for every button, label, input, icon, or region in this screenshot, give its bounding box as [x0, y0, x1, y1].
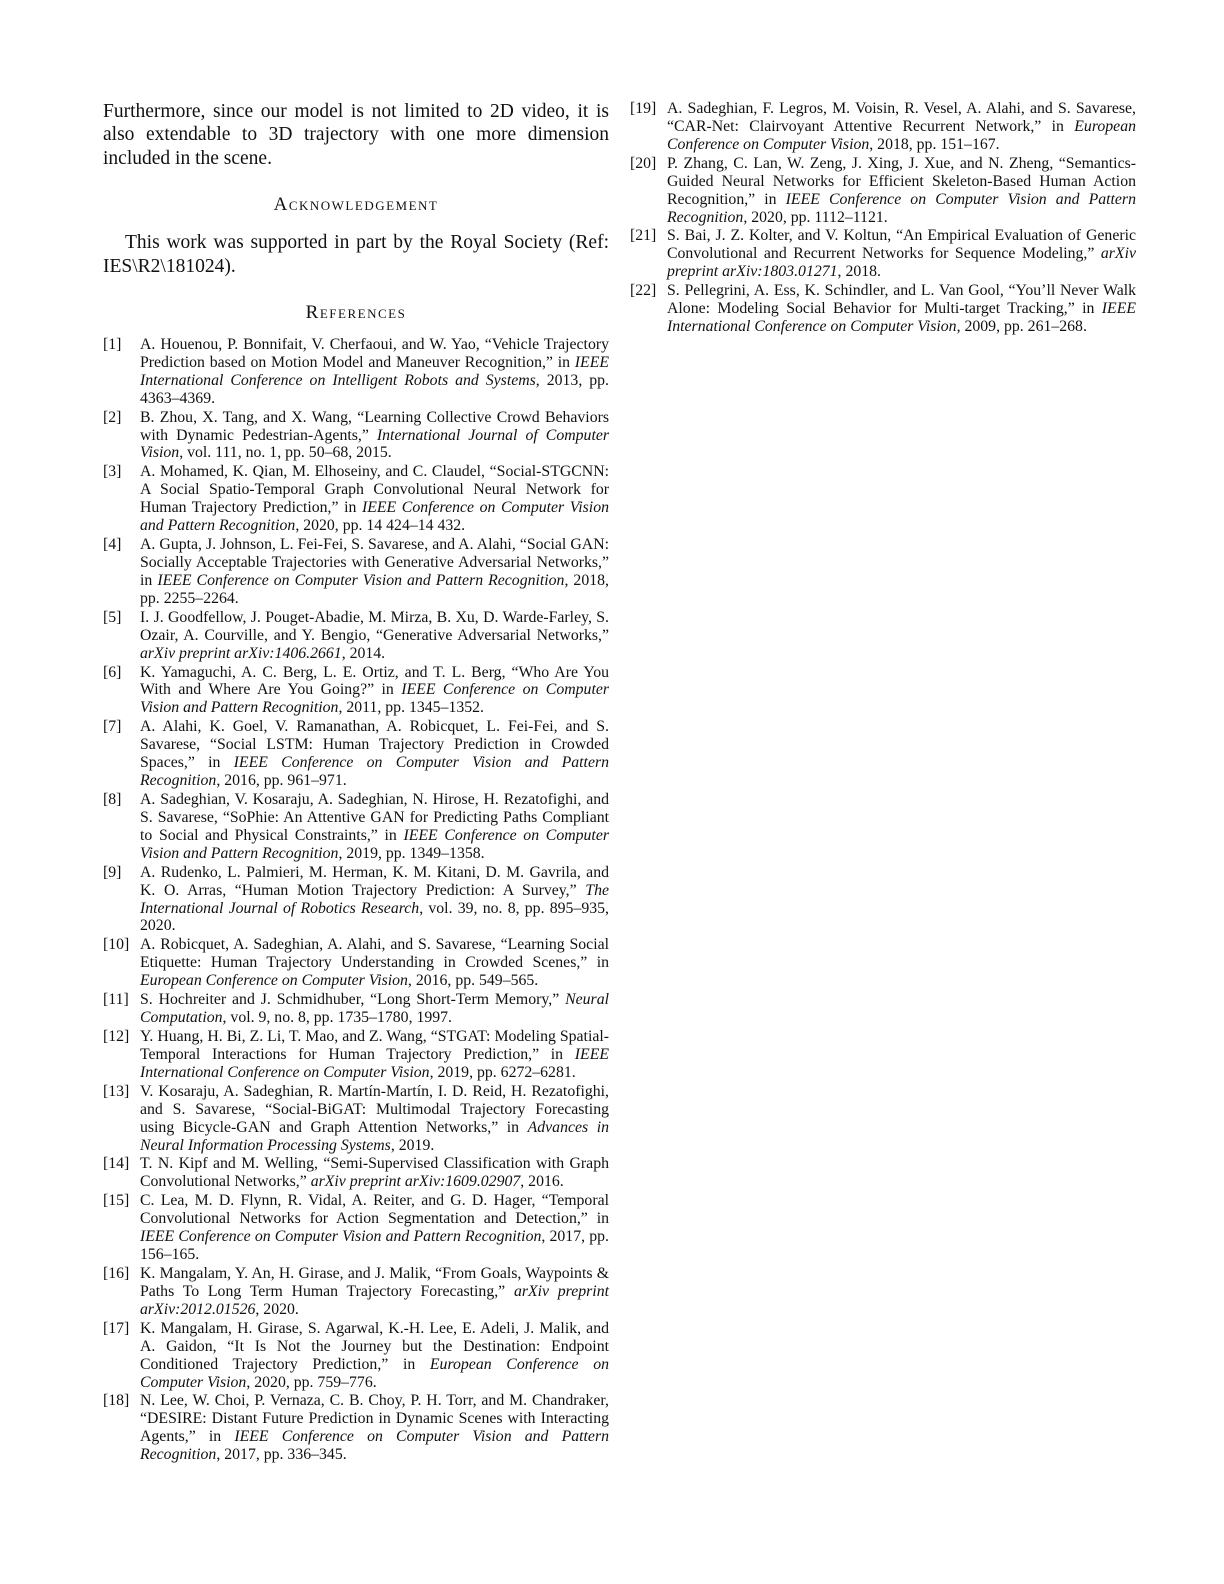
reference-item: [8]A. Sadeghian, V. Kosaraju, A. Sadeghi… — [103, 791, 609, 863]
left-column: Furthermore, since our model is not limi… — [103, 100, 609, 1465]
reference-text: A. Robicquet, A. Sadeghian, A. Alahi, an… — [140, 936, 609, 989]
reference-item: [11]S. Hochreiter and J. Schmidhuber, “L… — [103, 991, 609, 1027]
reference-number: [4] — [103, 536, 131, 554]
closing-paragraph: Furthermore, since our model is not limi… — [103, 100, 609, 170]
reference-number: [12] — [103, 1028, 131, 1046]
reference-item: [5]I. J. Goodfellow, J. Pouget-Abadie, M… — [103, 609, 609, 663]
paper-page: Furthermore, since our model is not limi… — [0, 0, 1224, 1584]
reference-number: [21] — [630, 227, 658, 245]
reference-text: A. Mohamed, K. Qian, M. Elhoseiny, and C… — [140, 463, 609, 534]
reference-number: [17] — [103, 1320, 131, 1338]
reference-item: [21]S. Bai, J. Z. Kolter, and V. Koltun,… — [630, 227, 1136, 281]
reference-item: [10]A. Robicquet, A. Sadeghian, A. Alahi… — [103, 936, 609, 990]
reference-text: A. Houenou, P. Bonnifait, V. Cherfaoui, … — [140, 336, 609, 407]
reference-number: [7] — [103, 718, 131, 736]
reference-number: [11] — [103, 991, 131, 1009]
acknowledgement-paragraph: This work was supported in part by the R… — [103, 231, 609, 278]
reference-item: [1]A. Houenou, P. Bonnifait, V. Cherfaou… — [103, 336, 609, 408]
reference-item: [17]K. Mangalam, H. Girase, S. Agarwal, … — [103, 1320, 609, 1392]
reference-text: N. Lee, W. Choi, P. Vernaza, C. B. Choy,… — [140, 1392, 609, 1463]
reference-text: B. Zhou, X. Tang, and X. Wang, “Learning… — [140, 409, 609, 462]
reference-item: [3]A. Mohamed, K. Qian, M. Elhoseiny, an… — [103, 463, 609, 535]
reference-number: [16] — [103, 1265, 131, 1283]
references-list-left: [1]A. Houenou, P. Bonnifait, V. Cherfaou… — [103, 336, 609, 1464]
reference-item: [4]A. Gupta, J. Johnson, L. Fei-Fei, S. … — [103, 536, 609, 608]
references-list-right: [19]A. Sadeghian, F. Legros, M. Voisin, … — [630, 100, 1136, 336]
reference-number: [2] — [103, 409, 131, 427]
reference-text: Y. Huang, H. Bi, Z. Li, T. Mao, and Z. W… — [140, 1028, 609, 1081]
two-column-content: Furthermore, since our model is not limi… — [103, 100, 1136, 1465]
reference-number: [9] — [103, 864, 131, 882]
reference-text: A. Rudenko, L. Palmieri, M. Herman, K. M… — [140, 864, 609, 935]
reference-text: A. Alahi, K. Goel, V. Ramanathan, A. Rob… — [140, 718, 609, 789]
reference-text: I. J. Goodfellow, J. Pouget-Abadie, M. M… — [140, 609, 609, 662]
right-column: [19]A. Sadeghian, F. Legros, M. Voisin, … — [630, 100, 1136, 1465]
reference-item: [15]C. Lea, M. D. Flynn, R. Vidal, A. Re… — [103, 1192, 609, 1264]
reference-item: [20]P. Zhang, C. Lan, W. Zeng, J. Xing, … — [630, 155, 1136, 227]
reference-item: [13]V. Kosaraju, A. Sadeghian, R. Martín… — [103, 1083, 609, 1155]
reference-number: [19] — [630, 100, 658, 118]
reference-text: A. Sadeghian, F. Legros, M. Voisin, R. V… — [667, 100, 1136, 153]
reference-text: S. Pellegrini, A. Ess, K. Schindler, and… — [667, 282, 1136, 335]
reference-number: [6] — [103, 664, 131, 682]
acknowledgement-heading: Acknowledgement — [103, 194, 609, 216]
reference-text: S. Hochreiter and J. Schmidhuber, “Long … — [140, 991, 609, 1026]
reference-text: T. N. Kipf and M. Welling, “Semi-Supervi… — [140, 1155, 609, 1190]
reference-number: [10] — [103, 936, 131, 954]
reference-text: C. Lea, M. D. Flynn, R. Vidal, A. Reiter… — [140, 1192, 609, 1263]
reference-item: [12]Y. Huang, H. Bi, Z. Li, T. Mao, and … — [103, 1028, 609, 1082]
reference-number: [5] — [103, 609, 131, 627]
reference-number: [22] — [630, 282, 658, 300]
reference-text: V. Kosaraju, A. Sadeghian, R. Martín-Mar… — [140, 1083, 609, 1154]
reference-item: [22]S. Pellegrini, A. Ess, K. Schindler,… — [630, 282, 1136, 336]
reference-number: [3] — [103, 463, 131, 481]
reference-text: K. Mangalam, H. Girase, S. Agarwal, K.-H… — [140, 1320, 609, 1391]
reference-number: [1] — [103, 336, 131, 354]
reference-number: [15] — [103, 1192, 131, 1210]
reference-number: [8] — [103, 791, 131, 809]
reference-item: [7]A. Alahi, K. Goel, V. Ramanathan, A. … — [103, 718, 609, 790]
reference-number: [14] — [103, 1155, 131, 1173]
reference-number: [20] — [630, 155, 658, 173]
references-heading: References — [103, 302, 609, 324]
reference-item: [18]N. Lee, W. Choi, P. Vernaza, C. B. C… — [103, 1392, 609, 1464]
reference-item: [9]A. Rudenko, L. Palmieri, M. Herman, K… — [103, 864, 609, 936]
reference-item: [6]K. Yamaguchi, A. C. Berg, L. E. Ortiz… — [103, 664, 609, 718]
reference-item: [14]T. N. Kipf and M. Welling, “Semi-Sup… — [103, 1155, 609, 1191]
reference-item: [16]K. Mangalam, Y. An, H. Girase, and J… — [103, 1265, 609, 1319]
reference-text: K. Mangalam, Y. An, H. Girase, and J. Ma… — [140, 1265, 609, 1318]
reference-text: S. Bai, J. Z. Kolter, and V. Koltun, “An… — [667, 227, 1136, 280]
reference-text: P. Zhang, C. Lan, W. Zeng, J. Xing, J. X… — [667, 155, 1136, 226]
reference-item: [2]B. Zhou, X. Tang, and X. Wang, “Learn… — [103, 409, 609, 463]
reference-text: A. Sadeghian, V. Kosaraju, A. Sadeghian,… — [140, 791, 609, 862]
reference-item: [19]A. Sadeghian, F. Legros, M. Voisin, … — [630, 100, 1136, 154]
reference-text: K. Yamaguchi, A. C. Berg, L. E. Ortiz, a… — [140, 664, 609, 717]
reference-number: [18] — [103, 1392, 131, 1410]
reference-number: [13] — [103, 1083, 131, 1101]
reference-text: A. Gupta, J. Johnson, L. Fei-Fei, S. Sav… — [140, 536, 609, 607]
